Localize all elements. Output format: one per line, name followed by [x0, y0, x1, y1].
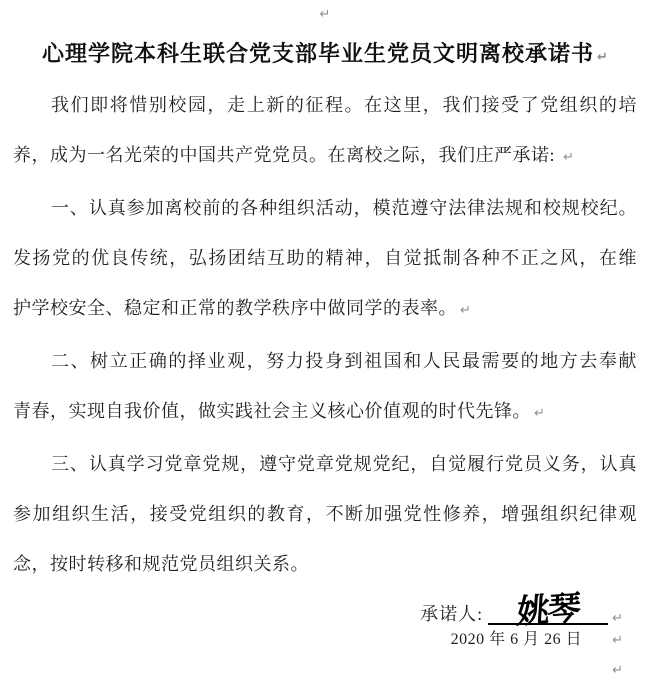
document-title: 心理学院本科生联合党支部毕业生党员文明离校承诺书↵ [13, 28, 637, 80]
signature-label: 承诺人: [420, 605, 483, 625]
document-title-text: 心理学院本科生联合党支部毕业生党员文明离校承诺书 [42, 41, 594, 66]
empty-paragraph: ↵ [13, 0, 637, 28]
body-line: 我们即将惜别校园，走上新的征程。在这里，我们接受了党组织的培 [13, 80, 637, 130]
body-line: 发扬党的优良传统，弘扬团结互助的精神，自觉抵制各种不正之风，在维 [13, 233, 637, 283]
signature-row: 承诺人: 姚琴 ↵ [13, 589, 637, 625]
body-line-text: 护学校安全、稳定和正常的教学秩序中做同学的表率。 [13, 298, 457, 318]
body-line-text: 一、认真参加离校前的各种组织活动，模范遵守法律法规和校规校纪。 [51, 198, 637, 218]
body-line: 青春，实现自我价值，做实践社会主义核心价值观的时代先锋。↵ [13, 386, 637, 436]
body-line-text: 二、树立正确的择业观，努力投身到祖国和人民最需要的地方去奉献 [51, 351, 637, 371]
paragraph-mark-icon: ↵ [612, 633, 623, 648]
body-line-text: 青春，实现自我价值，做实践社会主义核心价值观的时代先锋。 [13, 401, 531, 421]
paragraph-mark-icon: ↵ [320, 7, 331, 22]
body-line: 一、认真参加离校前的各种组织活动，模范遵守法律法规和校规校纪。 [13, 183, 637, 233]
body-line: 二、树立正确的择业观，努力投身到祖国和人民最需要的地方去奉献 [13, 336, 637, 386]
paragraph-mark-icon: ↵ [612, 663, 623, 678]
document-body: 我们即将惜别校园，走上新的征程。在这里，我们接受了党组织的培养，成为一名光荣的中… [13, 80, 637, 589]
document-page: ↵ 心理学院本科生联合党支部毕业生党员文明离校承诺书↵ 我们即将惜别校园，走上新… [0, 0, 650, 697]
empty-paragraph: ↵ [13, 655, 637, 685]
paragraph-mark-icon: ↵ [597, 50, 608, 65]
paragraph-mark-icon: ↵ [534, 406, 545, 421]
body-line-text: 我们即将惜别校园，走上新的征程。在这里，我们接受了党组织的培 [51, 95, 637, 115]
date-text: 2020 年 6 月 26 日 [451, 631, 583, 648]
paragraph-mark-icon: ↵ [460, 303, 471, 318]
body-line-text: 念，按时转移和规范党员组织关系。 [13, 554, 309, 574]
body-line-text: 三、认真学习党章党规，遵守党章党规党纪，自觉履行党员义务，认真 [51, 454, 637, 474]
body-line: 参加组织生活，接受党组织的教育，不断加强党性修养，增强组织纪律观 [13, 489, 637, 539]
body-line: 养，成为一名光荣的中国共产党党员。在离校之际，我们庄严承诺: ↵ [13, 130, 637, 180]
paragraph-mark-icon: ↵ [563, 150, 574, 165]
body-line: 护学校安全、稳定和正常的教学秩序中做同学的表率。↵ [13, 283, 637, 333]
body-line-text: 参加组织生活，接受党组织的教育，不断加强党性修养，增强组织纪律观 [13, 504, 637, 524]
body-line-text: 发扬党的优良传统，弘扬团结互助的精神，自觉抵制各种不正之风，在维 [13, 248, 637, 268]
handwritten-signature: 姚琴 [516, 582, 581, 634]
body-line: 三、认真学习党章党规，遵守党章党规党纪，自觉履行党员义务，认真 [13, 439, 637, 489]
paragraph-mark-icon: ↵ [612, 612, 623, 625]
signature-underline: 姚琴 [488, 589, 608, 625]
body-line-text: 养，成为一名光荣的中国共产党党员。在离校之际，我们庄严承诺: [13, 145, 560, 165]
body-line: 念，按时转移和规范党员组织关系。 [13, 539, 637, 589]
